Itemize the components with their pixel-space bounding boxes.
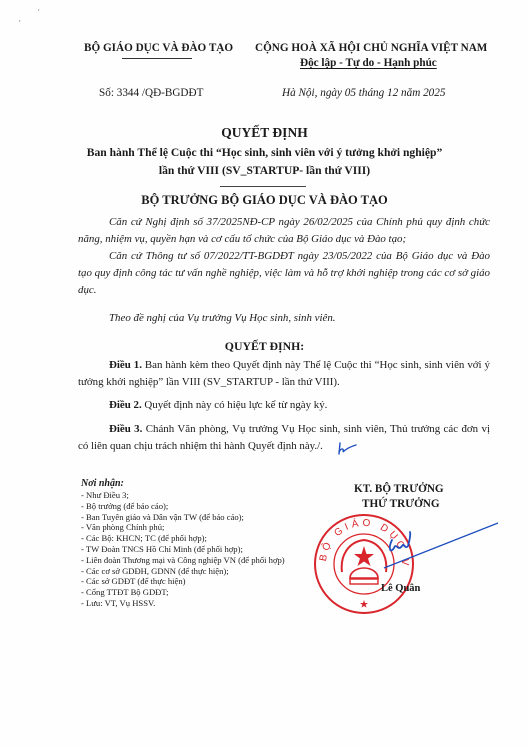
recipients-title: Nơi nhận: [81, 478, 124, 489]
ministry-underline [122, 58, 192, 59]
recipient-item: - Cổng TTĐT Bộ GDĐT; [81, 587, 285, 598]
recipient-item: - Ban Tuyên giáo và Dân vận TW (để báo c… [81, 512, 285, 523]
signer-name: Lê Quân [381, 583, 420, 594]
scan-artifact-marks [0, 0, 60, 30]
preamble-paragraph: Căn cứ Thông tư số 07/2022/TT-BGDĐT ngày… [78, 248, 490, 299]
signature-subtitle: THỨ TRƯỞNG [362, 498, 440, 510]
document-subtitle-line1: Ban hành Thể lệ Cuộc thi “Học sinh, sinh… [0, 146, 529, 159]
recipient-item: - Văn phòng Chính phủ; [81, 522, 285, 533]
handwritten-signature-icon [380, 520, 500, 580]
recipients-list: - Như Điều 3; - Bộ trưởng (để báo cáo); … [81, 490, 285, 609]
recipient-item: - Bộ trưởng (để báo cáo); [81, 501, 285, 512]
preamble-paragraph: Theo đề nghị của Vụ trưởng Vụ Học sinh, … [78, 310, 490, 327]
recipient-item: - Liên đoàn Thương mại và Công nghiệp VN… [81, 555, 285, 566]
article-3: Điều 3. Chánh Văn phòng, Vụ trưởng Vụ Họ… [78, 421, 490, 455]
recipient-item: - Lưu: VT, Vụ HSSV. [81, 598, 285, 609]
document-page: BỘ GIÁO DỤC VÀ ĐÀO TẠO Số: 3344 /QĐ-BGDĐ… [0, 0, 529, 748]
recipient-item: - TW Đoàn TNCS Hồ Chí Minh (để phối hợp)… [81, 544, 285, 555]
article-1: Điều 1. Ban hành kèm theo Quyết định này… [78, 357, 490, 391]
document-subtitle-line2: lần thứ VIII (SV_STARTUP- lần thứ VIII) [0, 164, 529, 177]
recipient-item: - Như Điều 3; [81, 490, 285, 501]
document-number: Số: 3344 /QĐ-BGDĐT [99, 87, 203, 99]
article-label: Điều 2. [109, 399, 142, 411]
document-title: QUYẾT ĐỊNH [0, 125, 529, 141]
place-date: Hà Nội, ngày 05 tháng 12 năm 2025 [282, 87, 445, 99]
article-2: Điều 2. Quyết định này có hiệu lực kể từ… [78, 397, 490, 414]
title-divider [220, 186, 306, 187]
article-label: Điều 3. [109, 423, 142, 435]
preamble-paragraph: Căn cứ Nghị định số 37/2025NĐ-CP ngày 26… [78, 214, 490, 248]
issuing-authority: BỘ TRƯỞNG BỘ GIÁO DỤC VÀ ĐÀO TẠO [0, 193, 529, 208]
decision-heading: QUYẾT ĐỊNH: [0, 339, 529, 354]
national-motto: Độc lập - Tự do - Hạnh phúc [300, 57, 437, 69]
country-name: CỘNG HOÀ XÃ HỘI CHỦ NGHĨA VIỆT NAM [255, 42, 487, 54]
recipient-item: - Các cơ sở GDĐH, GDNN (để thực hiện); [81, 566, 285, 577]
article-text: Quyết định này có hiệu lực kể từ ngày ký… [142, 399, 328, 411]
ministry-name: BỘ GIÁO DỤC VÀ ĐÀO TẠO [84, 42, 233, 54]
recipient-item: - Các Bộ: KHCN; TC (để phối hợp); [81, 533, 285, 544]
article-label: Điều 1. [109, 359, 142, 371]
recipient-item: - Các sở GDĐT (để thực hiện) [81, 576, 285, 587]
initial-mark-icon [336, 440, 358, 456]
signature-title: KT. BỘ TRƯỞNG [354, 483, 444, 495]
